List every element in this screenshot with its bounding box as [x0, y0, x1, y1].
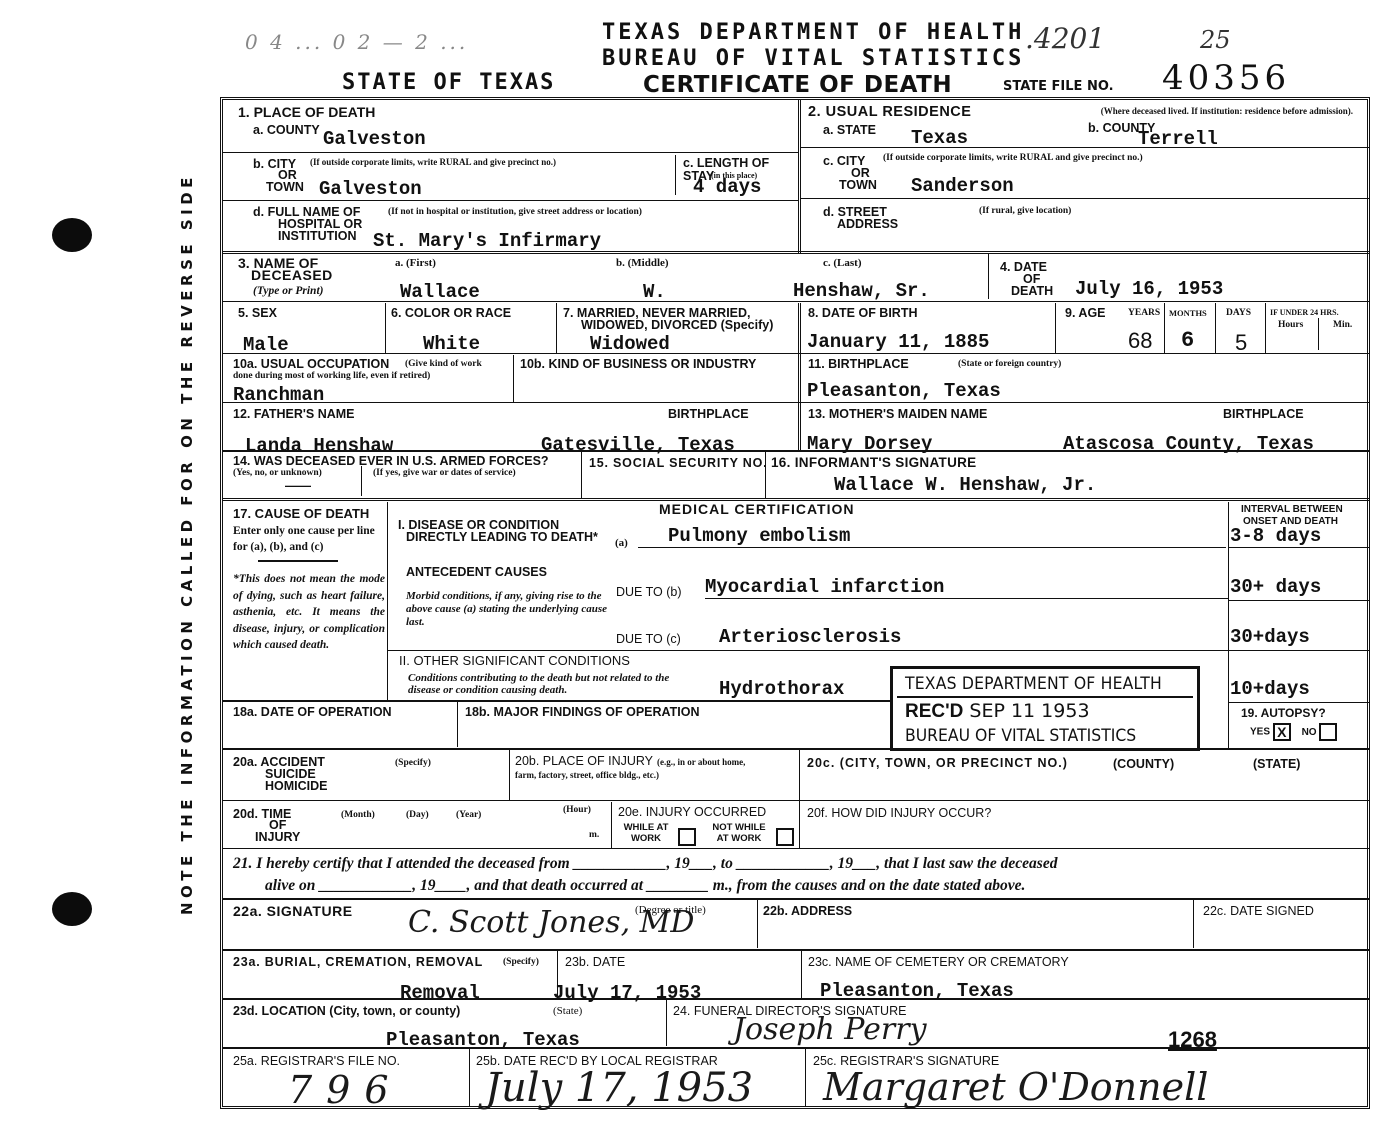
stamp-line-1: TEXAS DEPARTMENT OF HEALTH [905, 674, 1162, 694]
stamp-date: SEP 11 1953 [969, 700, 1089, 722]
ssn-label: 15. SOCIAL SECURITY NO. [589, 457, 767, 469]
hour-label: (Hour) [563, 805, 591, 815]
dob-label: 8. DATE OF BIRTH [808, 307, 918, 319]
operation-date-label: 18a. DATE OF OPERATION [233, 706, 392, 718]
other-conditions-label: II. OTHER SIGNIFICANT CONDITIONS [399, 655, 630, 667]
injury-time-label-3: INJURY [255, 831, 300, 843]
month-label: (Month) [341, 810, 375, 820]
m-label: m. [589, 830, 599, 840]
deceased-label-2: DECEASED [251, 269, 333, 281]
injury-place-hint: (e.g., in or about home, farm, factory, … [515, 756, 765, 782]
months-label: MONTHS [1169, 308, 1207, 318]
stamp-received: REC'D SEP 11 1953 [905, 700, 1090, 723]
antecedent-hint: Morbid conditions, if any, giving rise t… [406, 590, 616, 629]
marital-label-2: WIDOWED, DIVORCED (Specify) [581, 319, 773, 331]
death-city-value[interactable]: Galveston [319, 178, 422, 200]
father-birthplace-value[interactable]: Gatesville, Texas [541, 434, 735, 456]
residence-state-label: a. STATE [823, 124, 876, 136]
years-label: YEARS [1128, 308, 1160, 318]
birthplace-hint: (State or foreign country) [958, 359, 1061, 369]
occupation-hint-1: (Give kind of work [405, 359, 482, 369]
autopsy-label: 19. AUTOPSY? [1241, 707, 1326, 719]
address-label: 22b. ADDRESS [763, 905, 852, 917]
cause-a-marker: (a) [615, 537, 628, 549]
injury-type-label-3: HOMICIDE [265, 780, 328, 792]
marital-value[interactable]: Widowed [590, 333, 670, 355]
medical-section-title: MEDICAL CERTIFICATION [659, 503, 854, 515]
interval-c-value[interactable]: 30+days [1230, 626, 1310, 648]
death-certificate-form: 1. PLACE OF DEATH a. COUNTY Galveston b.… [220, 97, 1370, 1109]
min-label: Min. [1333, 320, 1352, 330]
autopsy-yes-label: YES [1250, 727, 1270, 738]
sex-label: 5. SEX [238, 307, 277, 319]
date-signed-label: 22c. DATE SIGNED [1203, 905, 1314, 917]
while-at-work-option[interactable]: WHILE AT WORK [618, 822, 698, 846]
city-hint: (If outside corporate limits, write RURA… [310, 156, 660, 169]
first-name-label: a. (First) [395, 257, 436, 269]
cemetery-label: 23c. NAME OF CEMETERY OR CREMATORY [808, 956, 1069, 968]
disposition-label: 23a. BURIAL, CREMATION, REMOVAL [233, 956, 483, 968]
cause-label: 17. CAUSE OF DEATH [233, 508, 369, 520]
middle-name-value[interactable]: W. [643, 281, 666, 303]
residence-state-value[interactable]: Texas [911, 127, 968, 149]
not-while-at-work-label: NOT WHILE AT WORK [706, 822, 772, 844]
injury-type-specify: (Specify) [395, 758, 431, 768]
residence-city-town: TOWN [839, 179, 877, 191]
interval-label-1: INTERVAL BETWEEN [1241, 504, 1343, 515]
disposition-value[interactable]: Removal [400, 982, 480, 1004]
document-title: CERTIFICATE OF DEATH [643, 72, 952, 98]
business-label: 10b. KIND OF BUSINESS OR INDUSTRY [520, 358, 756, 370]
cause-a-value[interactable]: Pulmony embolism [668, 525, 850, 547]
handwritten-top-right-b: 25 [1200, 26, 1231, 54]
age-years-value[interactable]: 68 [1128, 328, 1152, 354]
other-conditions-hint: Conditions contributing to the death but… [408, 672, 698, 696]
occupation-label: 10a. USUAL OCCUPATION [233, 358, 389, 370]
certification-line-1: 21. I hereby certify that I attended the… [233, 856, 1057, 873]
operation-findings-label: 18b. MAJOR FINDINGS OF OPERATION [465, 706, 700, 718]
hospital-label-3: INSTITUTION [278, 230, 356, 242]
not-while-at-work-option[interactable]: NOT WHILE AT WORK [706, 822, 796, 846]
residence-city-hint: (If outside corporate limits, write RURA… [883, 153, 1143, 163]
state-file-number: 40356 [1162, 58, 1290, 98]
burial-date-label: 23b. DATE [565, 956, 625, 968]
degree-label: (Degree or title) [635, 904, 706, 916]
autopsy-options: YES X NO [1250, 723, 1337, 741]
county-label: a. COUNTY [253, 124, 320, 136]
location-label: 23d. LOCATION (City, town, or county) [233, 1005, 460, 1017]
death-county-value[interactable]: Galveston [323, 128, 426, 150]
informant-label: 16. INFORMANT'S SIGNATURE [771, 457, 976, 469]
hospital-value[interactable]: St. Mary's Infirmary [373, 230, 601, 252]
header-bureau: BUREAU OF VITAL STATISTICS [602, 46, 1024, 71]
informant-value[interactable]: Wallace W. Henshaw, Jr. [834, 474, 1096, 496]
place-of-death-label: 1. PLACE OF DEATH [238, 106, 375, 118]
street-label-2: ADDRESS [837, 218, 898, 230]
due-to-c-label: DUE TO (c) [616, 633, 681, 645]
location-state-label: (State) [553, 1005, 582, 1017]
interval-b-value[interactable]: 30+ days [1230, 576, 1321, 598]
year-label: (Year) [456, 810, 481, 820]
stamp-recd: REC'D [905, 701, 963, 722]
hospital-hint: (If not in hospital or institution, give… [388, 207, 642, 217]
injury-county-label: (COUNTY) [1113, 758, 1174, 770]
stamp-line-3: BUREAU OF VITAL STATISTICS [905, 726, 1136, 746]
antecedent-label: ANTECEDENT CAUSES [406, 566, 547, 578]
dob-value[interactable]: January 11, 1885 [807, 331, 989, 353]
birthplace-value[interactable]: Pleasanton, Texas [807, 380, 1001, 402]
handwritten-top-left: 0 4 ... 0 2 — 2 ... [245, 30, 468, 54]
mother-birthplace-label: BIRTHPLACE [1223, 408, 1304, 420]
injury-state-label: (STATE) [1253, 758, 1300, 770]
disease-label-2: DIRECTLY LEADING TO DEATH* [406, 531, 598, 543]
registrar-file-value: 796 [288, 1068, 403, 1112]
received-stamp: TEXAS DEPARTMENT OF HEALTH REC'D SEP 11 … [890, 666, 1200, 751]
age-label: 9. AGE [1065, 307, 1106, 319]
father-label: 12. FATHER'S NAME [233, 408, 355, 420]
due-to-b-label: DUE TO (b) [616, 586, 682, 598]
days-label: DAYS [1226, 308, 1251, 318]
cause-c-value[interactable]: Arteriosclerosis [719, 626, 901, 648]
autopsy-no-checkbox[interactable] [1319, 723, 1337, 741]
while-at-work-label: WHILE AT WORK [618, 822, 674, 844]
armed-forces-value[interactable]: —— [285, 478, 311, 493]
first-name-value[interactable]: Wallace [400, 281, 480, 303]
day-label: (Day) [406, 810, 429, 820]
signature-label: 22a. SIGNATURE [233, 905, 353, 917]
date-of-death-value[interactable]: July 16, 1953 [1075, 278, 1223, 300]
how-injury-label: 20f. HOW DID INJURY OCCUR? [807, 807, 991, 819]
not-while-at-work-checkbox[interactable] [776, 828, 794, 846]
funeral-director-number: 1268 [1168, 1027, 1217, 1053]
other-conditions-value[interactable]: Hydrothorax [719, 678, 844, 700]
registrar-date-value: July 17, 1953 [485, 1065, 753, 1111]
deceased-label-3: (Type or Print) [253, 283, 323, 300]
middle-name-label: b. (Middle) [616, 257, 669, 269]
under24-label: IF UNDER 24 HRS. [1270, 308, 1339, 317]
cause-hint: Enter only one cause per line for (a), (… [233, 523, 383, 555]
handwritten-top-right-a: .4201 [1025, 22, 1105, 55]
street-hint: (If rural, give location) [979, 206, 1071, 216]
registrar-signature: Margaret O'Donnell [823, 1065, 1208, 1109]
father-birthplace-label: BIRTHPLACE [668, 408, 749, 420]
funeral-director-signature: Joseph Perry [733, 1012, 927, 1047]
certification-line-2: alive on ____________, 19____, and that … [265, 878, 1025, 895]
birthplace-label: 11. BIRTHPLACE [808, 358, 909, 370]
cause-footnote: *This does not mean the mode of dying, s… [233, 571, 385, 654]
side-note: NOTE THE INFORMATION CALLED FOR ON THE R… [178, 265, 208, 915]
autopsy-yes-checkbox[interactable]: X [1273, 723, 1291, 741]
injury-location-label: 20c. (CITY, TOWN, OR PRECINCT NO.) [807, 757, 1068, 769]
autopsy-no-label: NO [1302, 727, 1317, 738]
city-town: TOWN [266, 181, 304, 193]
interval-a-value[interactable]: 3-8 days [1230, 525, 1321, 547]
registrar-file-label: 25a. REGISTRAR'S FILE NO. [233, 1055, 400, 1067]
header-state: STATE OF TEXAS [342, 70, 555, 95]
stay-value[interactable]: 4 days [693, 176, 761, 198]
residence-city-value[interactable]: Sanderson [911, 175, 1014, 197]
interval-other-value[interactable]: 10+days [1230, 678, 1310, 700]
last-name-value[interactable]: Henshaw, Sr. [793, 280, 930, 302]
residence-label: 2. USUAL RESIDENCE [808, 106, 971, 118]
dod-label-3: DEATH [1011, 285, 1053, 297]
cause-b-value[interactable]: Myocardial infarction [705, 576, 944, 598]
armed-forces-hint-a: (Yes, no, or unknown) [233, 468, 322, 478]
occupation-hint-2: done during most of working life, even i… [233, 371, 430, 381]
race-label: 6. COLOR OR RACE [391, 307, 511, 319]
age-months-value[interactable]: 6 [1181, 328, 1194, 353]
armed-forces-label: 14. WAS DECEASED EVER IN U.S. ARMED FORC… [233, 455, 549, 467]
while-at-work-checkbox[interactable] [678, 828, 696, 846]
burial-date-value[interactable]: July 17, 1953 [553, 982, 701, 1004]
punch-hole-top [52, 218, 92, 252]
state-file-label: STATE FILE NO. [1003, 79, 1114, 94]
race-value[interactable]: White [423, 333, 480, 355]
armed-forces-hint-b: (If yes, give war or dates of service) [373, 468, 516, 478]
disposition-specify: (Specify) [503, 957, 539, 967]
last-name-label: c. (Last) [823, 257, 862, 269]
mother-label: 13. MOTHER'S MAIDEN NAME [808, 408, 987, 420]
punch-hole-bottom [52, 892, 92, 926]
header-dept: TEXAS DEPARTMENT OF HEALTH [602, 20, 1024, 45]
residence-hint: (Where deceased lived. If institution: r… [1018, 105, 1353, 117]
injury-occurred-label: 20e. INJURY OCCURRED [618, 806, 766, 818]
hours-label: Hours [1278, 320, 1303, 330]
